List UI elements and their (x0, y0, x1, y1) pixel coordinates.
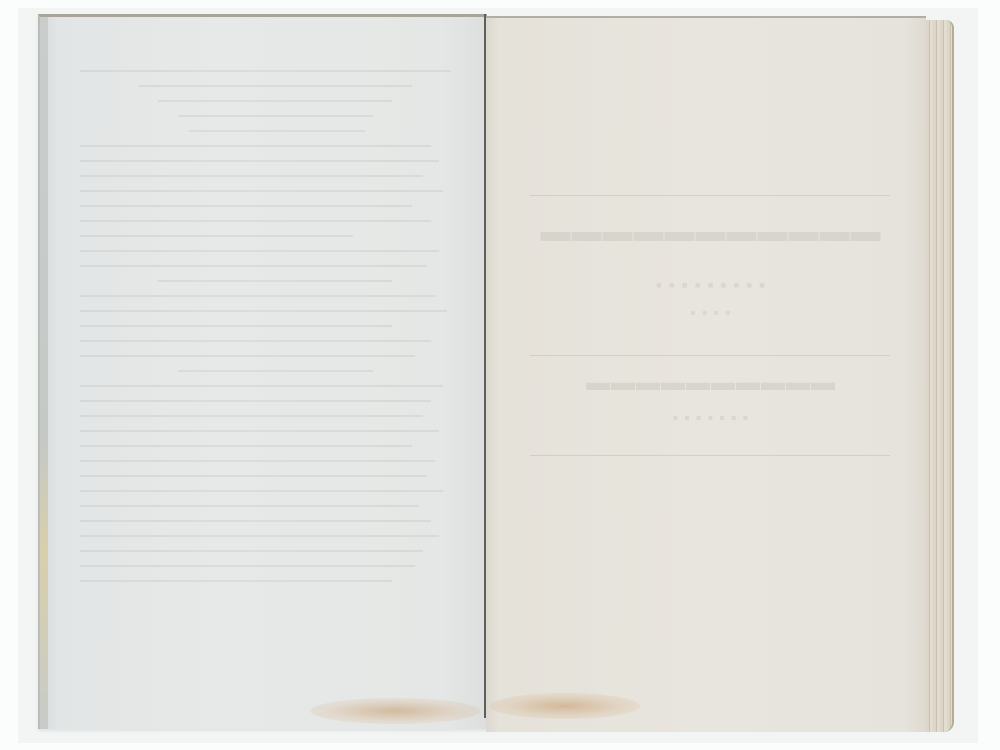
left-page-show-through-text (80, 70, 470, 595)
show-through-subtitle: ▪ ▪ ▪ ▪ ▪ ▪ ▪ ▪ ▪ (560, 275, 860, 296)
show-through-name: ▬▬▬▬▬▬▬▬▬▬ (520, 370, 900, 397)
water-stain-right (490, 693, 640, 719)
show-through-subtitle-3: ▪ ▪ ▪ ▪ ▪ ▪ ▪ (560, 410, 860, 428)
show-through-title: ▬▬▬▬▬▬▬▬▬▬▬ (520, 215, 900, 249)
book-gutter (484, 14, 486, 718)
show-through-rule (530, 195, 890, 196)
water-stain-left (310, 698, 480, 724)
show-through-rule-3 (530, 455, 890, 456)
show-through-subtitle-2: ▪ ▪ ▪ ▪ (620, 305, 800, 323)
page-block-edges (926, 20, 954, 732)
open-book: ▬▬▬▬▬▬▬▬▬▬▬ ▪ ▪ ▪ ▪ ▪ ▪ ▪ ▪ ▪ ▪ ▪ ▪ ▪ ▬▬… (0, 0, 1000, 750)
show-through-rule-2 (530, 355, 890, 356)
left-page-edge (40, 17, 48, 729)
